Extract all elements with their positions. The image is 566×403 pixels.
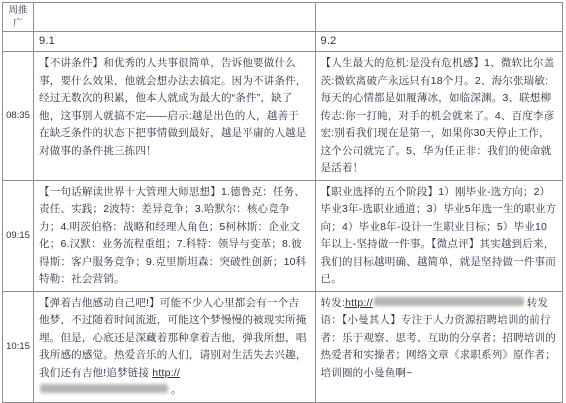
table-row: 08:35 【不讲条件】和优秀的人共事很简单，告诉他要做什么事，要什么效果，他就… — [3, 52, 563, 181]
post-cell-day2-0835: 【人生最大的危机:是没有危机感】1、微软比尔盖茨:微软离破产永远只有18个月。2… — [315, 52, 562, 181]
time-cell: 09:15 — [3, 180, 34, 291]
table-row: 09:15 【一句话解读世界十大管理大师思想】1.德鲁克：任务、责任、实践；2波… — [3, 180, 563, 291]
post-cell-day1-1015: 【弹着吉他感动自己吧!】可能不少人心里都会有一个吉他梦，不过随着时间流逝，可能这… — [34, 291, 316, 336]
time-cell: 08:35 — [3, 52, 34, 181]
promotion-schedule-sheet: 周推广 9.1 9.2 08:35 【不讲条件】和优秀的人共事很简单，告诉他要做… — [2, 2, 563, 336]
date-column-1: 9.1 — [34, 32, 316, 52]
link-scheme-text: http:// — [345, 297, 373, 309]
post-cell-day1-0835: 【不讲条件】和优秀的人共事很简单，告诉他要做什么事，要什么效果，他就会想办法去搞… — [34, 52, 316, 181]
weekly-promotion-table: 周推广 9.1 9.2 08:35 【不讲条件】和优秀的人共事很简单，告诉他要做… — [2, 2, 563, 336]
post-cell-day2-0915: 【职业选择的五个阶段】1）刚毕业-选方向；2）毕业3年-选职业通道；3）毕业5年… — [315, 180, 562, 291]
header-empty-cell-3 — [3, 32, 34, 52]
date-column-2: 9.2 — [315, 32, 562, 52]
table-row: 10:15 【弹着吉他感动自己吧!】可能不少人心里都会有一个吉他梦，不过随着时间… — [3, 291, 563, 336]
post-cell-day2-1015: 转发:http://转发语：【小曼其人】专注于人力资源招聘培训的前行者：乐于观察… — [315, 291, 562, 336]
forward-link[interactable]: http:// — [345, 297, 527, 309]
blurred-url — [374, 297, 524, 306]
time-cell: 10:15 — [3, 291, 34, 336]
header-row-dates: 9.1 9.2 — [3, 32, 563, 52]
post-cell-day1-0915: 【一句话解读世界十大管理大师思想】1.德鲁克：任务、责任、实践；2波特：差异竞争… — [34, 180, 316, 291]
header-empty-cell-1 — [34, 3, 316, 32]
post-text: 【弹着吉他感动自己吧!】可能不少人心里都会有一个吉他梦，不过随着时间流逝，可能这… — [39, 297, 307, 337]
forward-prefix-text: 转发: — [321, 297, 346, 309]
header-row-title: 周推广 — [3, 3, 563, 32]
header-empty-cell-2 — [315, 3, 562, 32]
corner-label: 周推广 — [3, 3, 34, 32]
